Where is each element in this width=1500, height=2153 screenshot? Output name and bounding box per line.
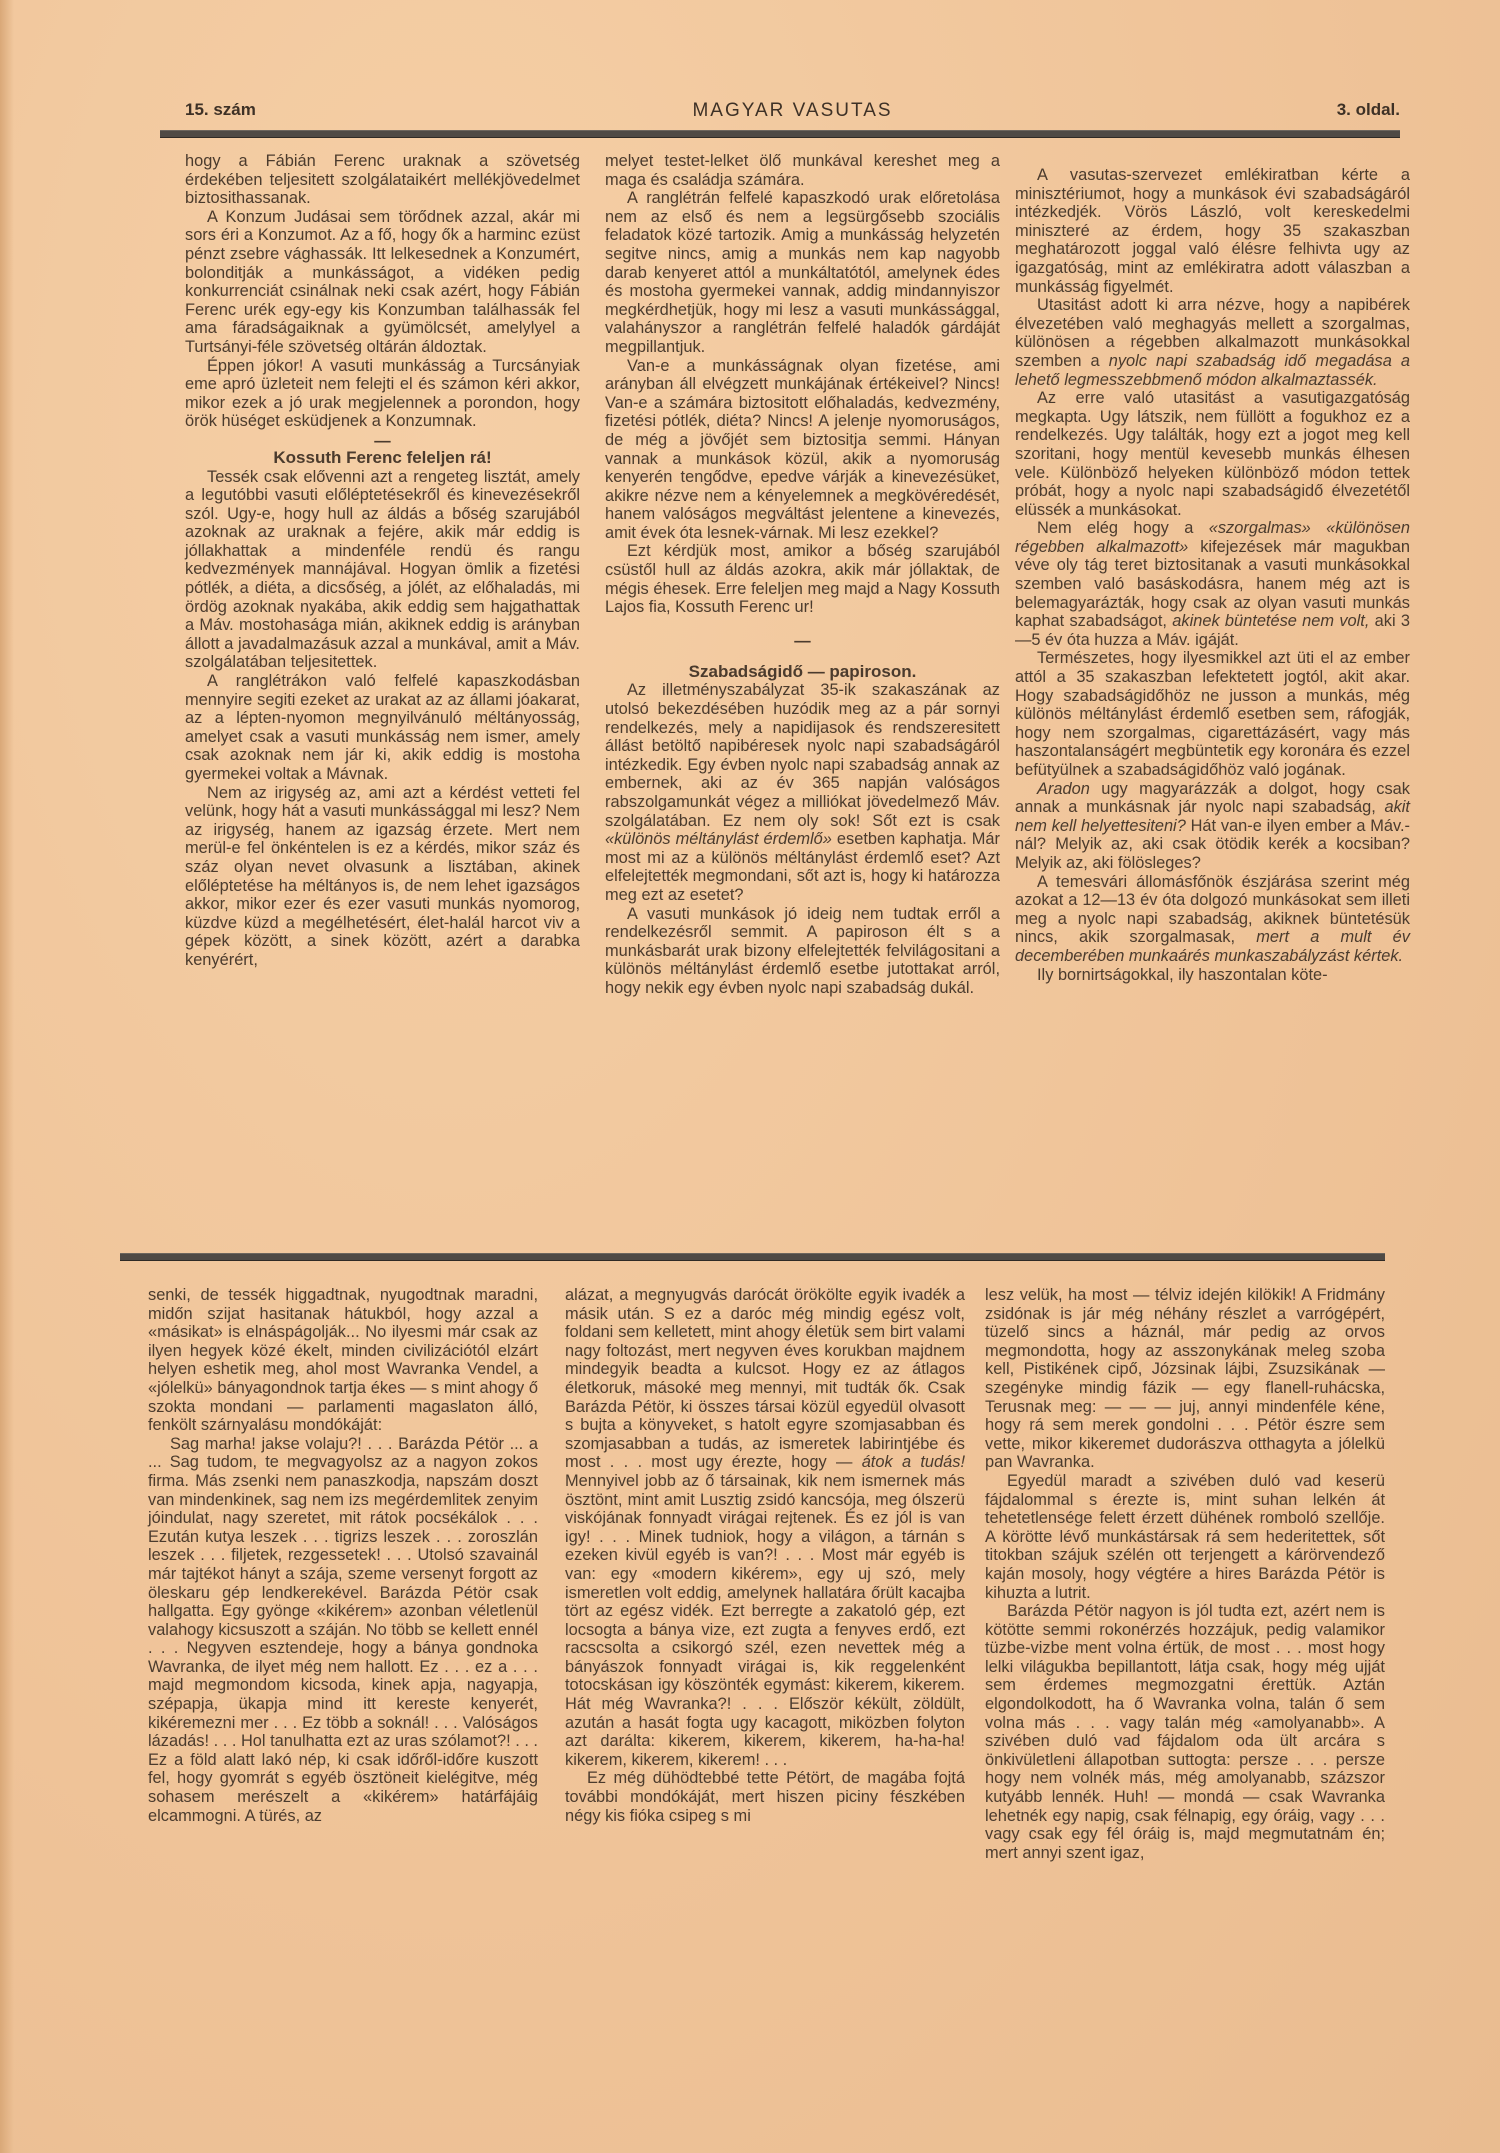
paragraph: A temesvári állomásfőnök észjárása szeri… [1015, 873, 1410, 966]
text-run: Mennyivel jobb az ő társainak, kik nem i… [565, 1472, 965, 1769]
paragraph: Ez még dühödtebbé tette Pétört, de magáb… [565, 1769, 965, 1825]
page-header: 15. szám MAGYAR VASUTAS 3. oldal. [185, 100, 1400, 130]
paragraph: melyet testet-lelket ölő munkával keresh… [605, 152, 1000, 189]
paragraph: Tessék csak elővenni azt a rengeteg lisz… [185, 468, 580, 673]
paragraph: Természetes, hogy ilyesmikkel azt üti el… [1015, 649, 1410, 779]
paragraph: A ranglétrákon való felfelé kapaszkodásb… [185, 672, 580, 784]
paragraph: A ranglétrán felfelé kapaszkodó urak elő… [605, 189, 1000, 356]
paragraph: Sag marha! jakse volaju?! . . . Barázda … [148, 1435, 538, 1825]
emphasis: Aradon [1037, 780, 1090, 798]
emphasis: «különös méltánylást érdemlő» [605, 830, 832, 848]
section-heading: Szabadságidő — papiroson. [605, 663, 1000, 682]
paragraph: Nem az irigység az, ami azt a kérdést ve… [185, 784, 580, 970]
paragraph: senki, de tessék higgadtnak, nyugodtnak … [148, 1286, 538, 1435]
newspaper-page: 15. szám MAGYAR VASUTAS 3. oldal. hogy a… [0, 0, 1500, 2153]
page-number: 3. oldal. [1337, 100, 1400, 120]
paragraph: Aradon ugy magyarázzák a dolgot, hogy cs… [1015, 780, 1410, 873]
text-run: Az illetményszabályzat 35-ik szakaszának… [605, 681, 1000, 829]
section-divider-rule [120, 1253, 1385, 1261]
emphasis: átok a tudás! [862, 1453, 965, 1471]
section-separator: — [605, 633, 1000, 649]
top-column-1: hogy a Fábián Ferenc uraknak a szövetség… [185, 152, 580, 970]
paragraph: A vasuti munkások jó ideig nem tudtak er… [605, 905, 1000, 998]
emphasis: akinek büntetése nem volt, [1172, 612, 1369, 630]
bottom-column-1: senki, de tessék higgadtnak, nyugodtnak … [148, 1286, 538, 1825]
paragraph: Ily bornirtságokkal, ily haszontalan köt… [1015, 966, 1410, 985]
paragraph: hogy a Fábián Ferenc uraknak a szövetség… [185, 152, 580, 208]
paragraph: Van-e a munkásságnak olyan fizetése, ami… [605, 357, 1000, 543]
bottom-column-2: alázat, a megnyugvás darócát örökölte eg… [565, 1286, 965, 1825]
paragraph: Barázda Pétör nagyon is jól tudta ezt, a… [985, 1602, 1385, 1862]
bottom-column-3: lesz velük, ha most — télviz idején kilö… [985, 1286, 1385, 1862]
header-rule [160, 130, 1400, 138]
section-heading: Kossuth Ferenc feleljen rá! [185, 449, 580, 468]
text-run: alázat, a megnyugvás darócát örökölte eg… [565, 1286, 965, 1471]
page-edge-shadow [0, 0, 14, 2153]
paragraph: alázat, a megnyugvás darócát örökölte eg… [565, 1286, 965, 1769]
top-column-2: melyet testet-lelket ölő munkával keresh… [605, 152, 1000, 998]
paragraph: Nem elég hogy a «szorgalmas» «különösen … [1015, 519, 1410, 649]
paragraph: Ezt kérdjük most, amikor a bőség szarujá… [605, 542, 1000, 616]
masthead-title: MAGYAR VASUTAS [185, 100, 1400, 122]
paragraph: lesz velük, ha most — télviz idején kilö… [985, 1286, 1385, 1472]
paragraph: Az erre való utasitást a vasutigazgatósá… [1015, 389, 1410, 519]
top-column-3: A vasutas-szervezet emlékiratban kérte a… [1015, 166, 1410, 984]
section-separator: — [185, 433, 580, 449]
paragraph: Az illetményszabályzat 35-ik szakaszának… [605, 681, 1000, 904]
paragraph: A vasutas-szervezet emlékiratban kérte a… [1015, 166, 1410, 296]
paragraph: A Konzum Judásai sem törődnek azzal, aká… [185, 208, 580, 357]
paragraph: Egyedül maradt a szivében duló vad keser… [985, 1472, 1385, 1602]
text-run: Nem elég hogy a [1037, 519, 1209, 537]
paragraph: Éppen jókor! A vasuti munkásság a Turcsá… [185, 357, 580, 431]
paragraph: Utasitást adott ki arra nézve, hogy a na… [1015, 296, 1410, 389]
